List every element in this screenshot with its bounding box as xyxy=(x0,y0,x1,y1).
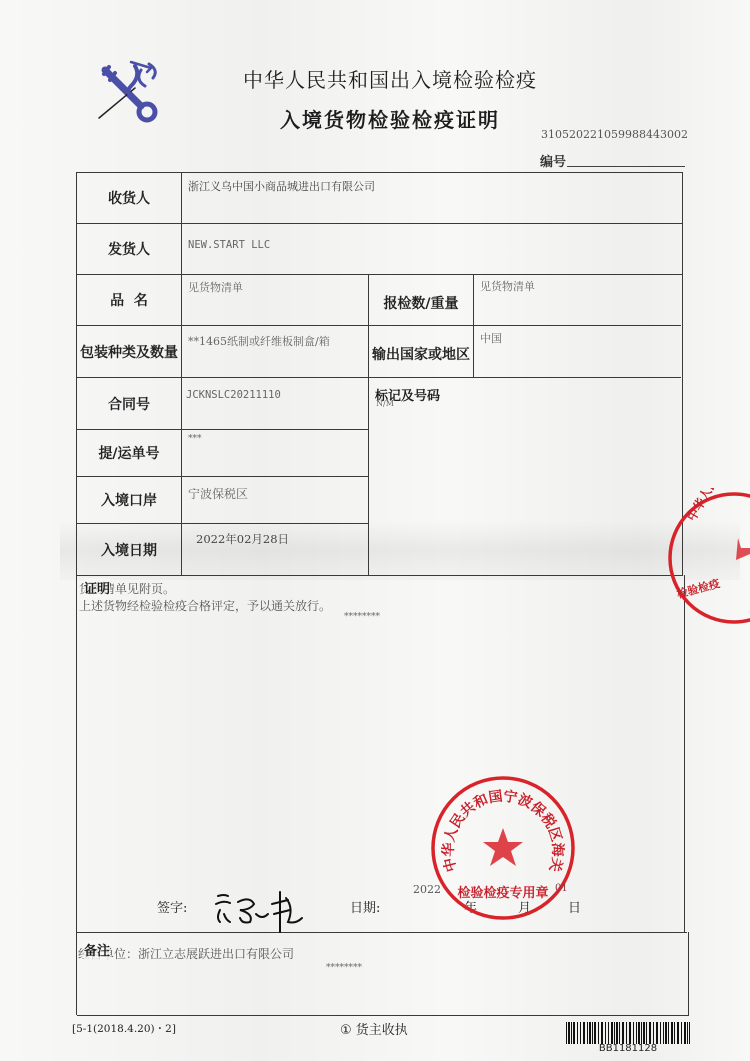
document-issuer-title: 中华人民共和国出入境检验检疫 xyxy=(210,64,570,93)
bill-of-lading-label: 提/运单号 xyxy=(77,430,181,476)
handwritten-signature xyxy=(210,884,310,934)
seal-bottom-text: 检验检疫专用章 xyxy=(457,885,548,901)
entry-date-value: 2022年02月28日 xyxy=(196,531,289,547)
origin-country-label: 输出国家或地区 xyxy=(369,333,473,375)
quantity-weight-label: 报检数/重量 xyxy=(369,282,473,324)
quantity-weight-value: 见货物清单 xyxy=(480,278,535,294)
remarks-value: 经营单位：浙江立志展跃进出口有限公司 xyxy=(78,945,294,962)
entry-port-value: 宁波保税区 xyxy=(188,485,248,502)
marks-value: N/M xyxy=(376,399,394,408)
certification-label: 证明 xyxy=(84,578,110,597)
barcode-icon xyxy=(566,1022,690,1044)
svg-text:检验检疫: 检验检疫 xyxy=(675,576,721,601)
origin-country-value: 中国 xyxy=(480,330,502,346)
number-underline xyxy=(567,166,685,167)
packaging-label: 包装种类及数量 xyxy=(77,326,181,377)
entry-date-label: 入境日期 xyxy=(77,524,181,575)
entry-port-label: 入境口岸 xyxy=(77,477,181,523)
barcode-number: BB1181128 xyxy=(566,1043,690,1054)
signature-label: 签字: xyxy=(157,897,187,916)
number-label: 编号 xyxy=(540,151,566,170)
consignor-label: 发货人 xyxy=(77,224,181,274)
remarks-label: 备注 xyxy=(84,940,110,959)
partial-seal-stamp: 中华人民共和 检验检疫 xyxy=(664,488,750,638)
goods-name-value: 见货物清单 xyxy=(188,279,243,295)
official-seal-stamp: 中华人民共和国宁波保税区海关 检验检疫专用章 xyxy=(428,773,578,923)
packaging-value: **1465纸制或纤维板制盒/箱 xyxy=(188,333,330,349)
form-code: [5-1(2018.4.20)・2] xyxy=(72,1021,176,1036)
copy-label: ① 货主收执 xyxy=(340,1019,408,1038)
certification-stars: ******** xyxy=(344,612,380,622)
customs-emblem-icon xyxy=(95,56,165,126)
consignee-label: 收货人 xyxy=(77,173,181,223)
certificate-serial-number: 310520221059988443002 xyxy=(541,128,688,141)
contract-number-value: JCKNSLC20211110 xyxy=(186,389,281,401)
consignee-value: 浙江义乌中国小商品城进出口有限公司 xyxy=(188,178,375,194)
goods-name-label: 品 名 xyxy=(77,275,181,325)
certification-line-2: 上述货物经检验检疫合格评定，予以通关放行。 xyxy=(79,597,331,614)
remarks-stars: ******** xyxy=(326,963,362,973)
contract-number-label: 合同号 xyxy=(77,378,181,429)
date-label: 日期: xyxy=(350,897,380,916)
consignor-value: NEW.START LLC xyxy=(188,239,270,251)
document-title: 入境货物检验检疫证明 xyxy=(210,104,570,133)
star-icon xyxy=(483,828,523,866)
seal-suffix: 01 xyxy=(555,883,568,894)
bill-of-lading-value: *** xyxy=(188,434,202,444)
